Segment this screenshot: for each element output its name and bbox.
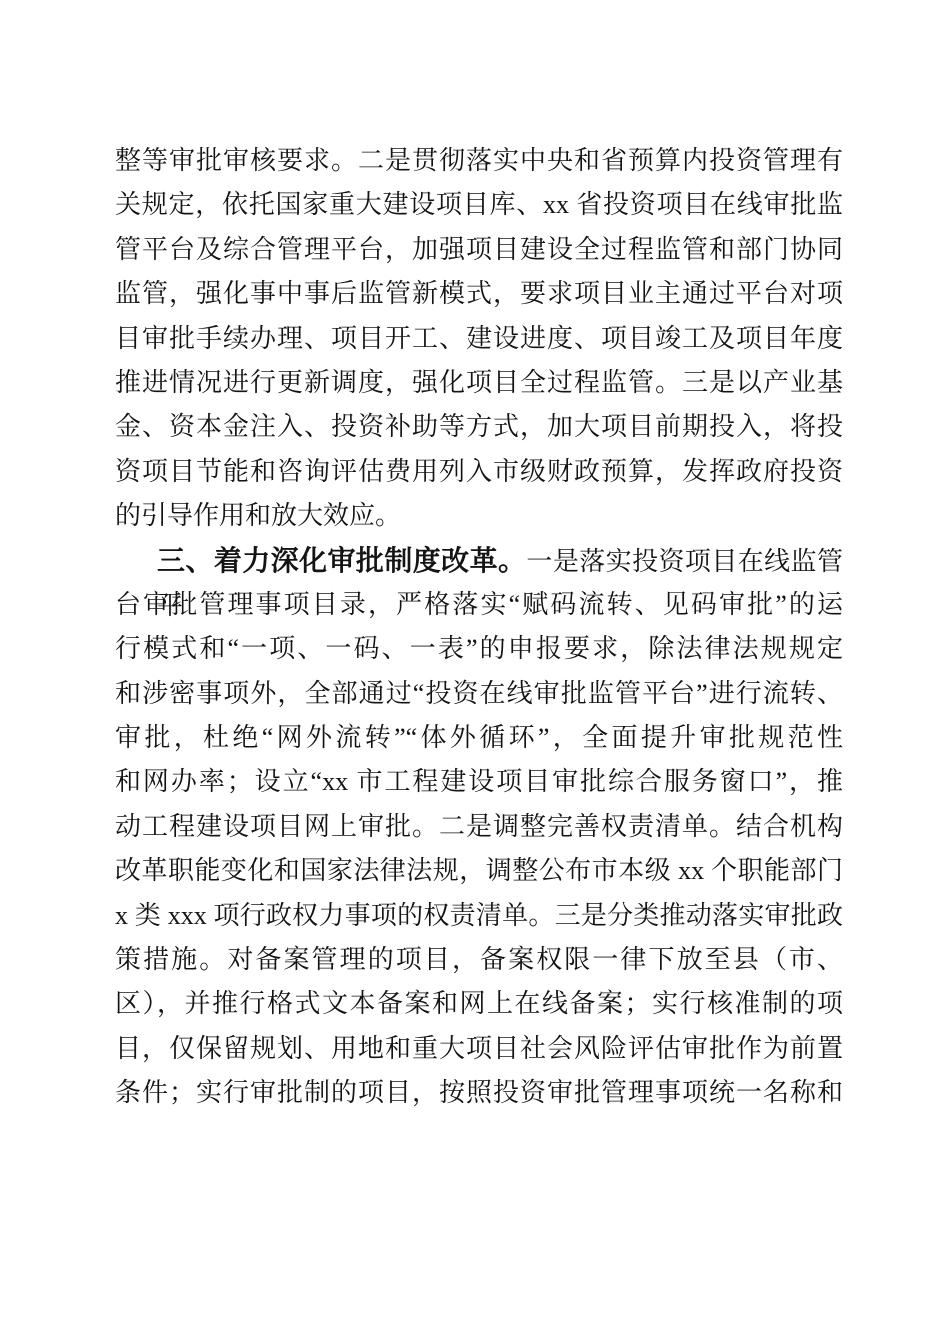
section-3-heading: 三、着力深化审批制度改革。 xyxy=(157,545,526,576)
text-line: 三、着力深化审批制度改革。一是落实投资项目在线监管平 xyxy=(115,539,843,583)
text-line: 条件；实行审批制的项目，按照投资审批管理事项统一名称和 xyxy=(115,1071,843,1115)
text-line: 关规定，依托国家重大建设项目库、xx 省投资项目在线审批监 xyxy=(115,183,843,227)
text-line: 目审批手续办理、项目开工、建设进度、项目竣工及项目年度 xyxy=(115,317,843,361)
text-line: 动工程建设项目网上审批。二是调整完善权责清单。结合机构 xyxy=(115,805,843,849)
text-line: 推进情况进行更新调度，强化项目全过程监管。三是以产业基 xyxy=(115,361,843,405)
text-line: 和网办率；设立“xx 市工程建设项目审批综合服务窗口”，推 xyxy=(115,760,843,804)
text-line: 改革职能变化和国家法律法规，调整公布市本级 xx 个职能部门 xyxy=(115,849,843,893)
text-line: 策措施。对备案管理的项目，备案权限一律下放至县（市、 xyxy=(115,938,843,982)
text-line: 目，仅保留规划、用地和重大项目社会风险评估审批作为前置 xyxy=(115,1027,843,1071)
text-line: 监管，强化事中事后监管新模式，要求项目业主通过平台对项 xyxy=(115,272,843,316)
text-line: 台审批管理事项目录，严格落实“赋码流转、见码审批”的运 xyxy=(115,583,843,627)
text-line: 金、资本金注入、投资补助等方式，加大项目前期投入，将投 xyxy=(115,405,843,449)
document-page: 整等审批审核要求。二是贯彻落实中央和省预算内投资管理有 关规定，依托国家重大建设… xyxy=(0,0,950,1344)
text-line: 行模式和“一项、一码、一表”的申报要求，除法律法规规定 xyxy=(115,627,843,671)
text-line: 管平台及综合管理平台，加强项目建设全过程监管和部门协同 xyxy=(115,228,843,272)
text-line: 审批，杜绝“网外流转”“体外循环”，全面提升审批规范性 xyxy=(115,716,843,760)
text-line: 整等审批审核要求。二是贯彻落实中央和省预算内投资管理有 xyxy=(115,139,843,183)
text-body: 整等审批审核要求。二是贯彻落实中央和省预算内投资管理有 关规定，依托国家重大建设… xyxy=(115,139,843,1116)
text-line: 区），并推行格式文本备案和网上在线备案；实行核准制的项 xyxy=(115,982,843,1026)
text-line: 资项目节能和咨询评估费用列入市级财政预算，发挥政府投资 xyxy=(115,450,843,494)
text-line: 的引导作用和放大效应。 xyxy=(115,494,843,538)
text-line: x 类 xxx 项行政权力事项的权责清单。三是分类推动落实审批政 xyxy=(115,894,843,938)
text-line: 和涉密事项外，全部通过“投资在线审批监管平台”进行流转、 xyxy=(115,672,843,716)
